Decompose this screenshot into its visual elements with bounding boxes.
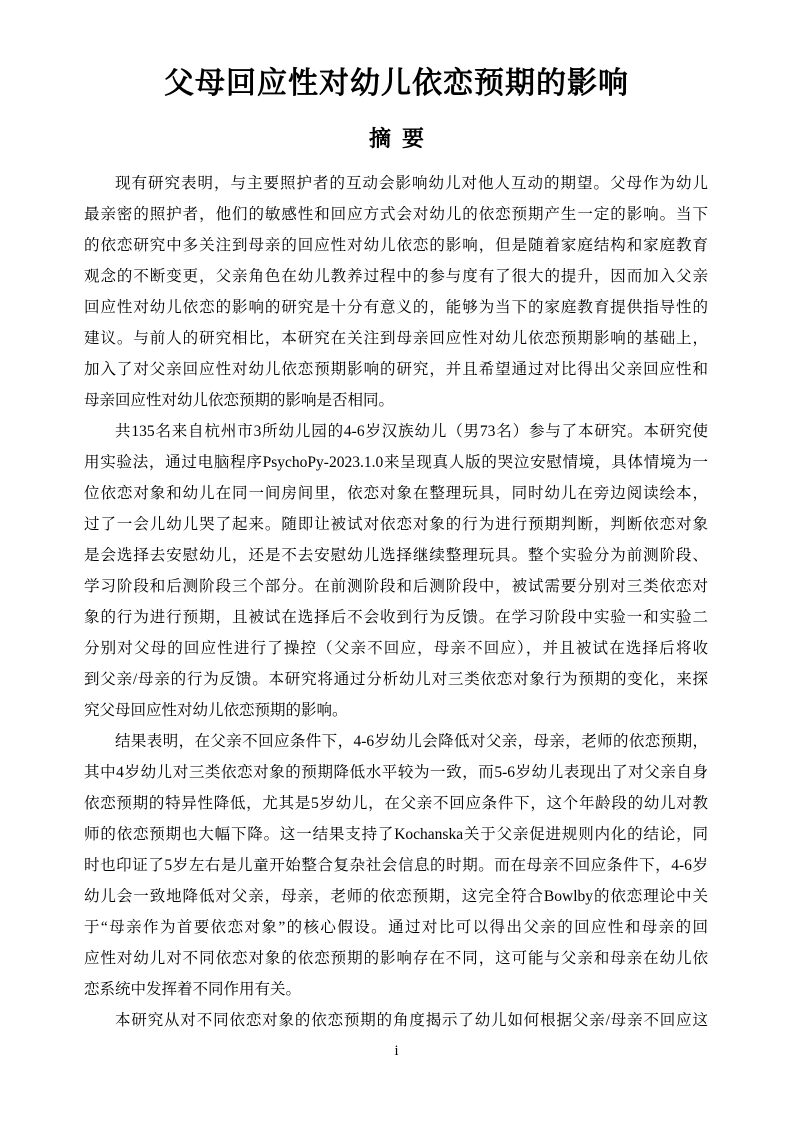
text-line: 加入了对父亲回应性对幼儿依恋预期影响的研究，并且希望通过对比得出父亲回应性和 bbox=[84, 354, 708, 385]
text-line: 现有研究表明，与主要照护者的互动会影响幼儿对他人互动的期望。父母作为幼儿 bbox=[84, 168, 708, 199]
text-line: 的依恋研究中多关注到母亲的回应性对幼儿依恋的影响，但是随着家庭结构和家庭教育 bbox=[84, 230, 708, 261]
text-line: 究父母回应性对幼儿依恋预期的影响。 bbox=[84, 695, 708, 726]
document-title: 父母回应性对幼儿依恋预期的影响 bbox=[0, 62, 793, 106]
text-line: 观念的不断变更，父亲角色在幼儿教养过程中的参与度有了很大的提升，因而加入父亲 bbox=[84, 261, 708, 292]
text-line: 幼儿会一致地降低对父亲，母亲，老师的依恋预期，这完全符合Bowlby的依恋理论中… bbox=[84, 881, 708, 912]
text-line: 到父亲/母亲的行为反馈。本研究将通过分析幼儿对三类依恋对象行为预期的变化，来探 bbox=[84, 664, 708, 695]
page-number: i bbox=[0, 1036, 793, 1067]
text-line: 师的依恋预期也大幅下降。这一结果支持了Kochanska关于父亲促进规则内化的结… bbox=[84, 819, 708, 850]
abstract-page: 父母回应性对幼儿依恋预期的影响 摘 要 现有研究表明，与主要照护者的互动会影响幼… bbox=[0, 0, 793, 1122]
text-line: 是会选择去安慰幼儿，还是不去安慰幼儿选择继续整理玩具。整个实验分为前测阶段、 bbox=[84, 540, 708, 571]
paragraph: 本研究从对不同依恋对象的依恋预期的角度揭示了幼儿如何根据父亲/母亲不回应这 bbox=[84, 1005, 708, 1036]
text-line: 分别对父母的回应性进行了操控（父亲不回应，母亲不回应），并且被试在选择后将收 bbox=[84, 633, 708, 664]
text-line: 学习阶段和后测阶段三个部分。在前测阶段和后测阶段中，被试需要分别对三类依恋对 bbox=[84, 571, 708, 602]
text-line: 象的行为进行预期，且被试在选择后不会收到行为反馈。在学习阶段中实验一和实验二 bbox=[84, 602, 708, 633]
abstract-heading: 摘 要 bbox=[0, 122, 793, 156]
text-line: 应性对幼儿对不同依恋对象的依恋预期的影响存在不同，这可能与父亲和母亲在幼儿依 bbox=[84, 943, 708, 974]
text-line: 其中4岁幼儿对三类依恋对象的预期降低水平较为一致，而5-6岁幼儿表现出了对父亲自… bbox=[84, 757, 708, 788]
paragraph: 共135名来自杭州市3所幼儿园的4-6岁汉族幼儿（男73名）参与了本研究。本研究… bbox=[84, 416, 708, 726]
text-line: 恋系统中发挥着不同作用有关。 bbox=[84, 974, 708, 1005]
text-line: 母亲回应性对幼儿依恋预期的影响是否相同。 bbox=[84, 385, 708, 416]
text-line: 过了一会儿幼儿哭了起来。随即让被试对依恋对象的行为进行预期判断，判断依恋对象 bbox=[84, 509, 708, 540]
text-line: 用实验法，通过电脑程序PsychoPy-2023.1.0来呈现真人版的哭泣安慰情… bbox=[84, 447, 708, 478]
abstract-body: 现有研究表明，与主要照护者的互动会影响幼儿对他人互动的期望。父母作为幼儿最亲密的… bbox=[84, 168, 708, 1036]
text-line: 共135名来自杭州市3所幼儿园的4-6岁汉族幼儿（男73名）参与了本研究。本研究… bbox=[84, 416, 708, 447]
paragraph: 现有研究表明，与主要照护者的互动会影响幼儿对他人互动的期望。父母作为幼儿最亲密的… bbox=[84, 168, 708, 416]
text-line: 最亲密的照护者，他们的敏感性和回应方式会对幼儿的依恋预期产生一定的影响。当下 bbox=[84, 199, 708, 230]
text-line: 时也印证了5岁左右是儿童开始整合复杂社会信息的时期。而在母亲不回应条件下，4-6… bbox=[84, 850, 708, 881]
text-line: 本研究从对不同依恋对象的依恋预期的角度揭示了幼儿如何根据父亲/母亲不回应这 bbox=[84, 1005, 708, 1036]
text-line: 回应性对幼儿依恋的影响的研究是十分有意义的，能够为当下的家庭教育提供指导性的 bbox=[84, 292, 708, 323]
text-line: 位依恋对象和幼儿在同一间房间里，依恋对象在整理玩具，同时幼儿在旁边阅读绘本， bbox=[84, 478, 708, 509]
text-line: 建议。与前人的研究相比，本研究在关注到母亲回应性对幼儿依恋预期影响的基础上， bbox=[84, 323, 708, 354]
text-line: 依恋预期的特异性降低，尤其是5岁幼儿，在父亲不回应条件下，这个年龄段的幼儿对教 bbox=[84, 788, 708, 819]
text-line: 于“母亲作为首要依恋对象”的核心假设。通过对比可以得出父亲的回应性和母亲的回 bbox=[84, 912, 708, 943]
paragraph: 结果表明，在父亲不回应条件下，4-6岁幼儿会降低对父亲，母亲，老师的依恋预期，其… bbox=[84, 726, 708, 1005]
text-line: 结果表明，在父亲不回应条件下，4-6岁幼儿会降低对父亲，母亲，老师的依恋预期， bbox=[84, 726, 708, 757]
